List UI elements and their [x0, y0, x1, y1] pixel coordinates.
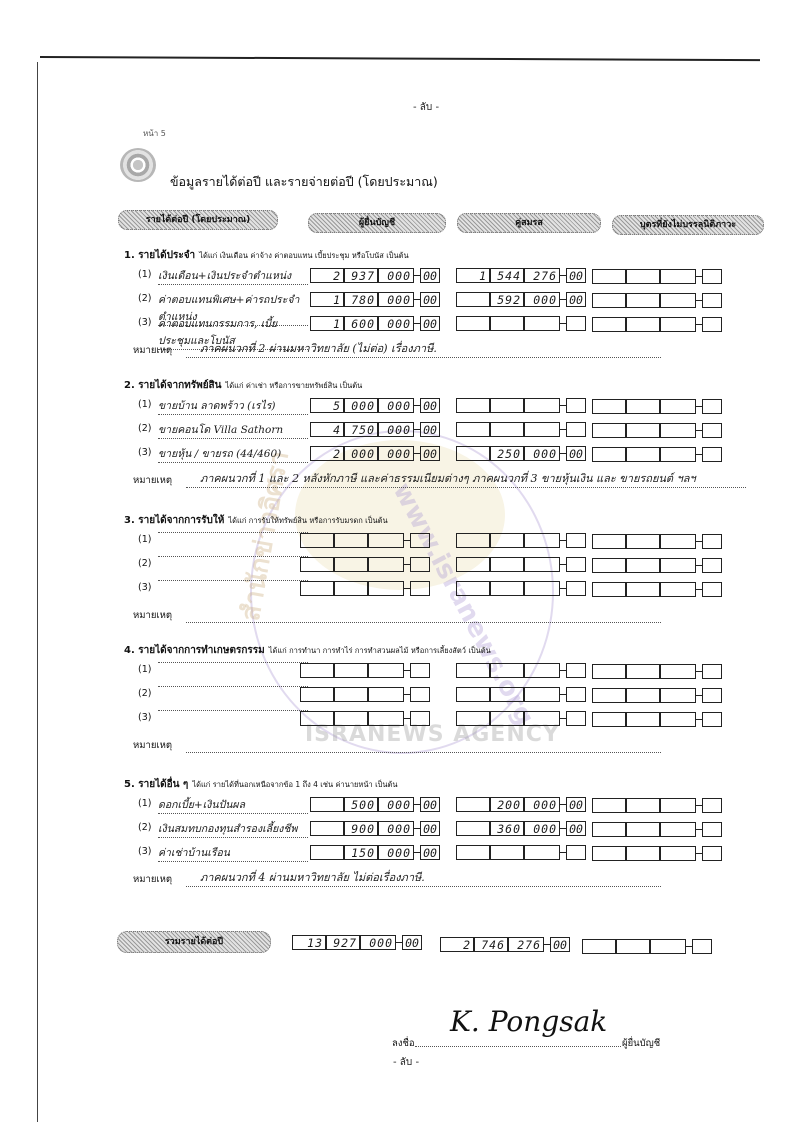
amount-cell[interactable]: [456, 557, 490, 572]
amount-cell[interactable]: 000: [378, 797, 414, 812]
amount-cell[interactable]: 000: [378, 422, 414, 437]
amount-cell[interactable]: [660, 664, 696, 679]
child-amount: [592, 821, 722, 838]
item-description[interactable]: ขายหุ้น / ขายรถ (44/460): [158, 445, 308, 463]
amount-cell[interactable]: [456, 581, 490, 596]
child-amount: [592, 581, 722, 598]
filer-amount: 178000000: [310, 291, 440, 308]
spouse-amount: [456, 397, 586, 414]
satang-cell[interactable]: [702, 712, 722, 727]
amount-cell[interactable]: [490, 398, 524, 413]
amount-cell[interactable]: [310, 821, 344, 836]
amount-cell[interactable]: [626, 688, 660, 703]
amount-cell[interactable]: [660, 293, 696, 308]
amount-cell[interactable]: 4: [310, 422, 344, 437]
item-number: (2): [138, 558, 151, 569]
note-label: หมายเหตุ: [133, 343, 172, 358]
section-title: 2. รายได้จากทรัพย์สิน: [124, 380, 222, 391]
amount-cell[interactable]: [300, 711, 334, 726]
signer-role: ผู้ยื่นบัญชี: [622, 1036, 660, 1051]
amount-cell[interactable]: [524, 581, 560, 596]
satang-cell[interactable]: 00: [566, 797, 586, 812]
amount-cell[interactable]: [626, 582, 660, 597]
amount-cell[interactable]: 360: [490, 821, 524, 836]
item-description[interactable]: [158, 532, 308, 533]
amount-cell[interactable]: [592, 712, 626, 727]
satang-cell[interactable]: 00: [566, 292, 586, 307]
total-spouse-amount: 274627600: [440, 936, 570, 953]
filer-amount: [300, 662, 430, 679]
amount-cell[interactable]: [626, 423, 660, 438]
satang-cell[interactable]: [566, 845, 586, 860]
amount-cell[interactable]: [490, 711, 524, 726]
amount-cell[interactable]: 900: [344, 821, 378, 836]
filer-amount: 90000000: [310, 820, 440, 837]
amount-cell[interactable]: [660, 822, 696, 837]
satang-cell[interactable]: [566, 581, 586, 596]
amount-cell[interactable]: 750: [344, 422, 378, 437]
amount-cell[interactable]: [524, 687, 560, 702]
amount-cell[interactable]: [592, 582, 626, 597]
amount-cell[interactable]: [310, 845, 344, 860]
amount-cell[interactable]: [334, 663, 368, 678]
item-number: (1): [138, 798, 151, 809]
child-amount: [592, 422, 722, 439]
satang-cell[interactable]: [566, 711, 586, 726]
section-seal-icon: [120, 148, 156, 182]
column-header-filer: ผู้ยื่นบัญชี: [308, 213, 446, 233]
section-title: 1. รายได้ประจำ: [124, 250, 195, 261]
amount-cell[interactable]: 5: [310, 398, 344, 413]
amount-cell[interactable]: [300, 663, 334, 678]
satang-cell[interactable]: [410, 581, 430, 596]
amount-cell[interactable]: [490, 663, 524, 678]
amount-cell[interactable]: [660, 447, 696, 462]
amount-cell[interactable]: 000: [378, 845, 414, 860]
amount-cell[interactable]: [616, 939, 650, 954]
note-text[interactable]: ภาคผนวกที่ 2 ผ่านมหาวิทยาลัย (ไม่ต่อ) เร…: [200, 339, 437, 357]
satang-cell[interactable]: 00: [402, 935, 422, 950]
satang-cell[interactable]: [692, 939, 712, 954]
amount-cell[interactable]: 13: [292, 935, 326, 950]
amount-cell[interactable]: [368, 557, 404, 572]
spouse-amount: 20000000: [456, 796, 586, 813]
note-label: หมายเหตุ: [133, 473, 172, 488]
amount-cell[interactable]: [456, 821, 490, 836]
amount-cell[interactable]: [456, 845, 490, 860]
section-heading: 4. รายได้จากการทำเกษตรกรรมได้แก่ การทำนา…: [124, 643, 491, 658]
amount-cell[interactable]: [368, 711, 404, 726]
amount-cell[interactable]: 937: [344, 268, 378, 283]
spouse-amount: [456, 315, 586, 332]
amount-cell[interactable]: [456, 797, 490, 812]
total-child-amount: [582, 938, 712, 955]
column-header-spouse: คู่สมรส: [457, 213, 601, 233]
item-number: (2): [138, 822, 151, 833]
satang-cell[interactable]: [410, 663, 430, 678]
child-amount: [592, 316, 722, 333]
satang-cell[interactable]: 00: [420, 292, 440, 307]
item-description[interactable]: เงินสมทบกองทุนสำรองเลี้ยงชีพ: [158, 820, 308, 838]
amount-cell[interactable]: [490, 557, 524, 572]
amount-cell[interactable]: 000: [378, 268, 414, 283]
amount-cell[interactable]: [368, 687, 404, 702]
satang-cell[interactable]: 00: [420, 398, 440, 413]
satang-cell[interactable]: 00: [420, 845, 440, 860]
amount-cell[interactable]: [592, 317, 626, 332]
satang-cell[interactable]: 00: [566, 821, 586, 836]
satang-cell[interactable]: [566, 663, 586, 678]
satang-cell[interactable]: [566, 533, 586, 548]
amount-cell[interactable]: 000: [378, 446, 414, 461]
amount-cell[interactable]: [368, 663, 404, 678]
page-title: ข้อมูลรายได้ต่อปี และรายจ่ายต่อปี (โดยปร…: [170, 172, 438, 192]
note-text[interactable]: ภาคผนวกที่ 4 ผ่านมหาวิทยาลัย ไม่ต่อเรื่อ…: [200, 868, 425, 886]
amount-cell[interactable]: 2: [310, 268, 344, 283]
amount-cell[interactable]: [592, 534, 626, 549]
amount-cell[interactable]: [334, 581, 368, 596]
total-label: รวมรายได้ต่อปี: [117, 931, 271, 953]
amount-cell[interactable]: [592, 846, 626, 861]
satang-cell[interactable]: [702, 822, 722, 837]
satang-cell[interactable]: [566, 398, 586, 413]
filer-amount: 50000000: [310, 796, 440, 813]
amount-cell[interactable]: [490, 422, 524, 437]
amount-cell[interactable]: [334, 533, 368, 548]
amount-cell[interactable]: 000: [378, 292, 414, 307]
amount-cell[interactable]: [524, 316, 560, 331]
amount-cell[interactable]: [660, 399, 696, 414]
child-amount: [592, 268, 722, 285]
amount-cell[interactable]: [592, 293, 626, 308]
amount-cell[interactable]: [490, 845, 524, 860]
amount-cell[interactable]: [660, 534, 696, 549]
amount-cell[interactable]: [592, 423, 626, 438]
amount-cell[interactable]: [592, 399, 626, 414]
item-description[interactable]: [158, 556, 308, 557]
child-amount: [592, 687, 722, 704]
amount-cell[interactable]: [626, 558, 660, 573]
note-text[interactable]: ภาคผนวกที่ 1 และ 2 หลังหักภาษี และค่าธรร…: [200, 469, 696, 487]
amount-cell[interactable]: 780: [344, 292, 378, 307]
spouse-amount: [456, 662, 586, 679]
item-description[interactable]: ค่าเช่าบ้านเรือน: [158, 844, 308, 862]
amount-cell[interactable]: [524, 533, 560, 548]
child-amount: [592, 446, 722, 463]
signature-line: [415, 1046, 621, 1047]
amount-cell[interactable]: [300, 557, 334, 572]
amount-cell[interactable]: [456, 398, 490, 413]
amount-cell[interactable]: [490, 687, 524, 702]
amount-cell[interactable]: 1: [310, 292, 344, 307]
amount-cell[interactable]: [582, 939, 616, 954]
amount-cell[interactable]: [592, 688, 626, 703]
amount-cell[interactable]: [626, 534, 660, 549]
note-label: หมายเหตุ: [133, 872, 172, 887]
item-description[interactable]: ดอกเบี้ย+เงินปันผล: [158, 796, 308, 814]
amount-cell[interactable]: 746: [474, 937, 508, 952]
page-number: หน้า 5: [143, 127, 166, 140]
satang-cell[interactable]: [702, 798, 722, 813]
spouse-amount: 36000000: [456, 820, 586, 837]
amount-cell[interactable]: [300, 687, 334, 702]
amount-cell[interactable]: [456, 292, 490, 307]
amount-cell[interactable]: [456, 316, 490, 331]
confidential-mark-bottom: - ลับ -: [393, 1055, 419, 1070]
amount-cell[interactable]: [334, 687, 368, 702]
item-number: (2): [138, 423, 151, 434]
amount-cell[interactable]: [310, 797, 344, 812]
note-label: หมายเหตุ: [133, 608, 172, 623]
amount-cell[interactable]: 2: [440, 937, 474, 952]
satang-cell[interactable]: [410, 557, 430, 572]
satang-cell[interactable]: 00: [566, 446, 586, 461]
section-heading: 2. รายได้จากทรัพย์สินได้แก่ ค่าเช่า หรือ…: [124, 378, 362, 393]
amount-cell[interactable]: [456, 687, 490, 702]
item-number: (1): [138, 664, 151, 675]
amount-cell[interactable]: 250: [490, 446, 524, 461]
child-amount: [592, 711, 722, 728]
amount-cell[interactable]: [660, 582, 696, 597]
amount-cell[interactable]: [592, 558, 626, 573]
amount-cell[interactable]: 927: [326, 935, 360, 950]
item-number: (3): [138, 447, 151, 458]
amount-cell[interactable]: 000: [378, 398, 414, 413]
filer-amount: [300, 556, 430, 573]
filer-amount: 475000000: [310, 421, 440, 438]
child-amount: [592, 533, 722, 550]
satang-cell[interactable]: [702, 399, 722, 414]
satang-cell[interactable]: [702, 688, 722, 703]
amount-cell[interactable]: [456, 533, 490, 548]
amount-cell[interactable]: [524, 711, 560, 726]
amount-cell[interactable]: [368, 533, 404, 548]
amount-cell[interactable]: [660, 317, 696, 332]
amount-cell[interactable]: 2: [310, 446, 344, 461]
spouse-amount: 59200000: [456, 291, 586, 308]
satang-cell[interactable]: [702, 534, 722, 549]
section-heading: 5. รายได้อื่น ๆได้แก่ รายได้ที่นอกเหนือจ…: [124, 777, 398, 792]
amount-cell[interactable]: 276: [524, 268, 560, 283]
amount-cell[interactable]: [524, 663, 560, 678]
amount-cell[interactable]: [334, 557, 368, 572]
filer-amount: [300, 686, 430, 703]
amount-cell[interactable]: 000: [524, 797, 560, 812]
amount-cell[interactable]: [660, 712, 696, 727]
spouse-amount: 154427600: [456, 267, 586, 284]
amount-cell[interactable]: [456, 711, 490, 726]
amount-cell[interactable]: 000: [344, 446, 378, 461]
satang-cell[interactable]: [410, 687, 430, 702]
column-header-child: บุตรที่ยังไม่บรรลุนิติภาวะ: [612, 215, 764, 235]
amount-cell[interactable]: [626, 399, 660, 414]
item-description[interactable]: ขายคอนโด Villa Sathorn: [158, 421, 308, 439]
amount-cell[interactable]: 000: [378, 316, 414, 331]
amount-cell[interactable]: 276: [508, 937, 544, 952]
amount-cell[interactable]: [334, 711, 368, 726]
child-amount: [592, 663, 722, 680]
amount-cell[interactable]: 1: [456, 268, 490, 283]
satang-cell[interactable]: [702, 846, 722, 861]
amount-cell[interactable]: [660, 798, 696, 813]
spouse-amount: [456, 844, 586, 861]
note-label: หมายเหตุ: [133, 738, 172, 753]
confidential-mark-top: - ลับ -: [413, 100, 439, 115]
satang-cell[interactable]: 00: [566, 268, 586, 283]
amount-cell[interactable]: 000: [524, 292, 560, 307]
section-title: 3. รายได้จากการรับให้: [124, 515, 224, 526]
child-amount: [592, 398, 722, 415]
amount-cell[interactable]: [592, 798, 626, 813]
amount-cell[interactable]: [490, 316, 524, 331]
amount-cell[interactable]: [592, 269, 626, 284]
satang-cell[interactable]: [702, 269, 722, 284]
amount-cell[interactable]: [524, 557, 560, 572]
page-top-border: [40, 56, 760, 61]
satang-cell[interactable]: 00: [420, 422, 440, 437]
spouse-amount: [456, 532, 586, 549]
page-left-border: [37, 62, 38, 1122]
amount-cell[interactable]: [660, 688, 696, 703]
filer-amount: 15000000: [310, 844, 440, 861]
satang-cell[interactable]: 00: [420, 316, 440, 331]
filer-amount: [300, 710, 430, 727]
item-number: (3): [138, 712, 151, 723]
amount-cell[interactable]: [490, 581, 524, 596]
note-line: [186, 610, 661, 623]
amount-cell[interactable]: 500: [344, 797, 378, 812]
satang-cell[interactable]: [410, 533, 430, 548]
item-number: (3): [138, 846, 151, 857]
amount-cell[interactable]: [626, 447, 660, 462]
item-description[interactable]: [158, 710, 308, 711]
item-description[interactable]: [158, 662, 308, 663]
amount-cell[interactable]: [660, 558, 696, 573]
amount-cell[interactable]: 000: [344, 398, 378, 413]
amount-cell[interactable]: [524, 398, 560, 413]
item-description[interactable]: [158, 580, 308, 581]
satang-cell[interactable]: [702, 664, 722, 679]
satang-cell[interactable]: [566, 316, 586, 331]
amount-cell[interactable]: [626, 317, 660, 332]
satang-cell[interactable]: [566, 687, 586, 702]
item-description[interactable]: ขายบ้าน ลาดพร้าว (เรไร): [158, 397, 308, 415]
amount-cell[interactable]: [660, 423, 696, 438]
amount-cell[interactable]: [368, 581, 404, 596]
satang-cell[interactable]: [702, 293, 722, 308]
item-number: (2): [138, 293, 151, 304]
amount-cell[interactable]: 600: [344, 316, 378, 331]
section-title: 4. รายได้จากการทำเกษตรกรรม: [124, 645, 265, 656]
amount-cell[interactable]: 150: [344, 845, 378, 860]
amount-cell[interactable]: 1: [310, 316, 344, 331]
note-line: [186, 740, 661, 753]
amount-cell[interactable]: 000: [360, 935, 396, 950]
satang-cell[interactable]: [566, 557, 586, 572]
item-number: (2): [138, 688, 151, 699]
section-title: 5. รายได้อื่น ๆ: [124, 779, 188, 790]
amount-cell[interactable]: [300, 581, 334, 596]
satang-cell[interactable]: [702, 317, 722, 332]
satang-cell[interactable]: 00: [420, 797, 440, 812]
spouse-amount: [456, 686, 586, 703]
amount-cell[interactable]: [626, 846, 660, 861]
amount-cell[interactable]: [626, 664, 660, 679]
amount-cell[interactable]: 592: [490, 292, 524, 307]
item-number: (3): [138, 317, 151, 328]
amount-cell[interactable]: [524, 422, 560, 437]
section-description: ได้แก่ การรับให้ทรัพย์สิน หรือการรับมรดก…: [228, 516, 387, 525]
amount-cell[interactable]: 000: [524, 446, 560, 461]
item-number: (1): [138, 399, 151, 410]
satang-cell[interactable]: 00: [420, 446, 440, 461]
amount-cell[interactable]: [524, 845, 560, 860]
amount-cell[interactable]: [626, 712, 660, 727]
satang-cell[interactable]: [702, 558, 722, 573]
amount-cell[interactable]: 000: [524, 821, 560, 836]
satang-cell[interactable]: 00: [550, 937, 570, 952]
child-amount: [592, 557, 722, 574]
satang-cell[interactable]: 00: [420, 268, 440, 283]
section-description: ได้แก่ รายได้ที่นอกเหนือจากข้อ 1 ถึง 4 เ…: [192, 780, 397, 789]
amount-cell[interactable]: [592, 664, 626, 679]
child-amount: [592, 292, 722, 309]
item-number: (1): [138, 269, 151, 280]
filer-amount: 293700000: [310, 267, 440, 284]
amount-cell[interactable]: 200: [490, 797, 524, 812]
amount-cell[interactable]: [592, 822, 626, 837]
satang-cell[interactable]: [702, 423, 722, 438]
signature-label: ลงชื่อ: [392, 1036, 415, 1051]
spouse-amount: [456, 580, 586, 597]
amount-cell[interactable]: [626, 822, 660, 837]
spouse-amount: [456, 556, 586, 573]
section-description: ได้แก่ ค่าเช่า หรือการขายทรัพย์สิน เป็นต…: [226, 381, 363, 390]
satang-cell[interactable]: 00: [420, 821, 440, 836]
section-description: ได้แก่ การทำนา การทำไร่ การทำสวนผลไม้ หร…: [269, 646, 491, 655]
amount-cell[interactable]: [456, 446, 490, 461]
amount-cell[interactable]: [626, 798, 660, 813]
amount-cell[interactable]: [626, 269, 660, 284]
amount-cell[interactable]: [456, 663, 490, 678]
section-heading: 1. รายได้ประจำได้แก่ เงินเดือน ค่าจ้าง ค…: [124, 248, 409, 263]
amount-cell[interactable]: 544: [490, 268, 524, 283]
filer-amount: [300, 532, 430, 549]
total-filer-amount: 1392700000: [292, 934, 422, 951]
satang-cell[interactable]: [566, 422, 586, 437]
amount-cell[interactable]: [490, 533, 524, 548]
filer-amount: [300, 580, 430, 597]
amount-cell[interactable]: [626, 293, 660, 308]
satang-cell[interactable]: [702, 447, 722, 462]
item-description[interactable]: [158, 686, 308, 687]
item-number: (3): [138, 582, 151, 593]
amount-cell[interactable]: [650, 939, 686, 954]
satang-cell[interactable]: [410, 711, 430, 726]
item-description[interactable]: เงินเดือน+เงินประจำตำแหน่ง: [158, 267, 308, 285]
filer-amount: 500000000: [310, 397, 440, 414]
amount-cell[interactable]: [660, 269, 696, 284]
amount-cell[interactable]: [300, 533, 334, 548]
amount-cell[interactable]: [592, 447, 626, 462]
satang-cell[interactable]: [702, 582, 722, 597]
section-heading: 3. รายได้จากการรับให้ได้แก่ การรับให้ทรั…: [124, 513, 388, 528]
amount-cell[interactable]: 000: [378, 821, 414, 836]
amount-cell[interactable]: [456, 422, 490, 437]
amount-cell[interactable]: [660, 846, 696, 861]
spouse-amount: 25000000: [456, 445, 586, 462]
filer-amount: 200000000: [310, 445, 440, 462]
